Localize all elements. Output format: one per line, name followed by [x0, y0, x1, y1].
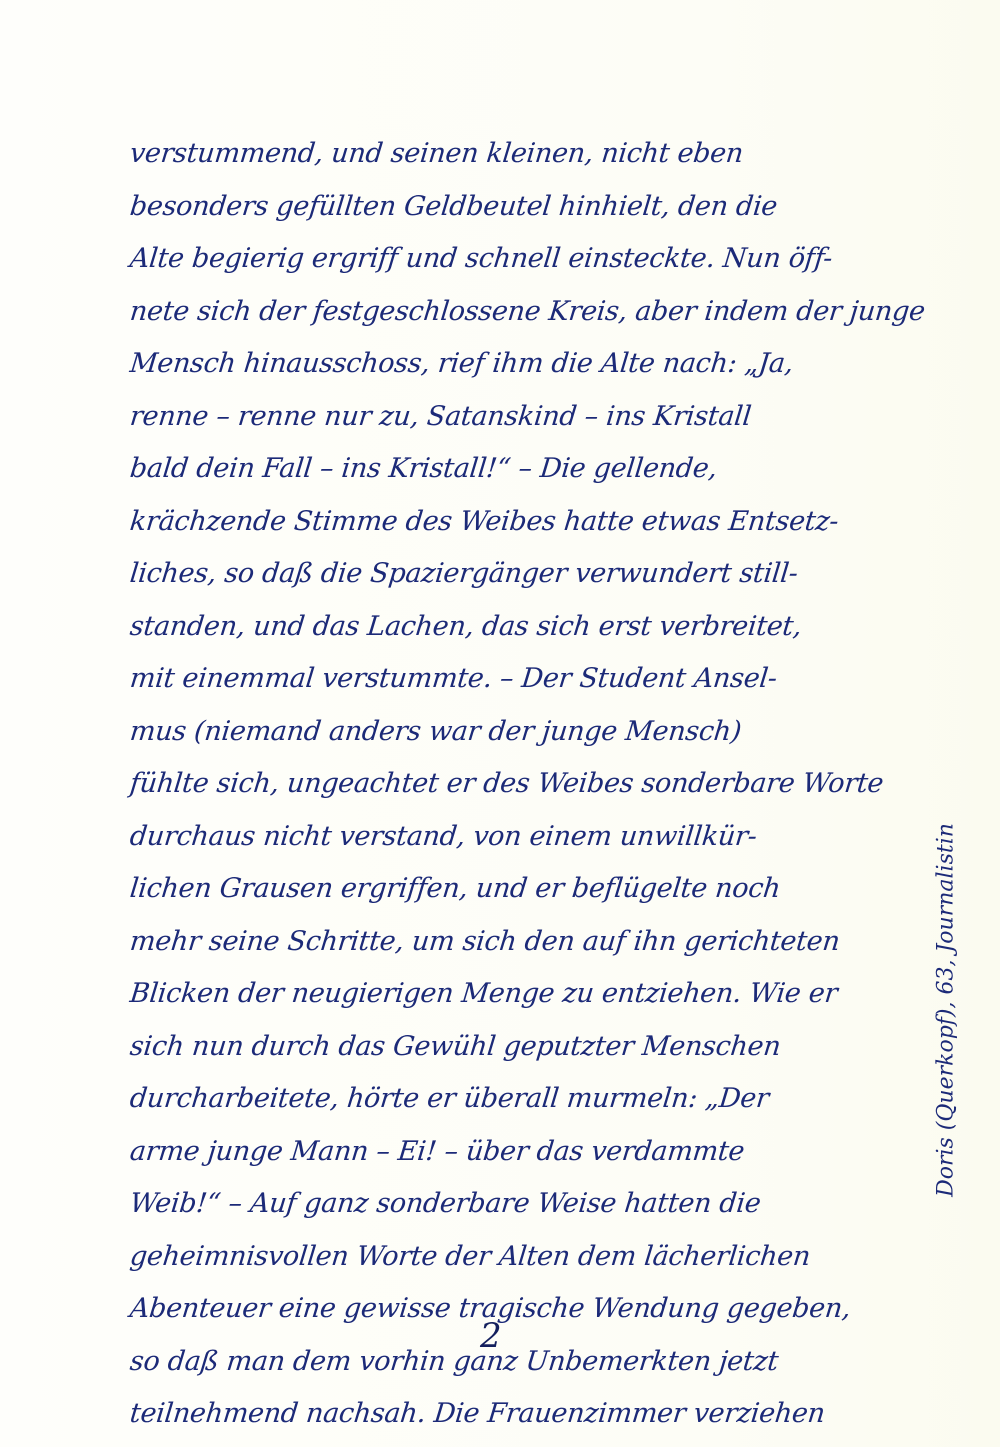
text-line: mus (niemand anders war der junge Mensch… — [127, 706, 893, 759]
author-side-note: Doris (Querkopf), 63, Journalistin — [934, 823, 959, 1197]
manuscript-page: verstummend, und seinen kleinen, nicht e… — [0, 0, 1000, 1447]
text-line: liches, so daß die Spaziergänger verwund… — [127, 548, 893, 601]
text-line: Blicken der neugierigen Menge zu entzieh… — [127, 968, 893, 1021]
text-line: Weib!“ – Auf ganz sonderbare Weise hatte… — [127, 1178, 893, 1231]
text-line: besonders gefüllten Geldbeutel hinhielt,… — [127, 181, 893, 234]
text-line: geheimnisvollen Worte der Alten dem läch… — [127, 1231, 893, 1284]
text-line: durchaus nicht verstand, von einem unwil… — [127, 811, 893, 864]
text-line: so daß man dem vorhin ganz Unbemerkten j… — [127, 1336, 893, 1389]
text-line: mit einemmal verstummte. – Der Student A… — [127, 653, 893, 706]
text-line: bald dein Fall – ins Kristall!“ – Die ge… — [127, 443, 893, 496]
text-line: durcharbeitete, hörte er überall murmeln… — [127, 1073, 893, 1126]
text-line: standen, und das Lachen, das sich erst v… — [127, 601, 893, 654]
text-line: mehr seine Schritte, um sich den auf ihn… — [127, 916, 893, 969]
text-line: lichen Grausen ergriffen, und er beflüge… — [127, 863, 893, 916]
text-line: sich nun durch das Gewühl geputzter Mens… — [127, 1021, 893, 1074]
text-line: Alte begierig ergriff und schnell einste… — [127, 233, 893, 286]
text-line: Abenteuer eine gewisse tragische Wendung… — [127, 1283, 893, 1336]
text-line: teilnehmend nachsah. Die Frauenzimmer ve… — [127, 1388, 893, 1441]
text-line: verstummend, und seinen kleinen, nicht e… — [127, 128, 893, 181]
text-line: krächzende Stimme des Weibes hatte etwas… — [127, 496, 893, 549]
text-line: arme junge Mann – Ei! – über das verdamm… — [127, 1126, 893, 1179]
text-line: nete sich der festgeschlossene Kreis, ab… — [127, 286, 893, 339]
text-line: renne – renne nur zu, Satanskind – ins K… — [127, 391, 893, 444]
text-line: Mensch hinausschoss, rief ihm die Alte n… — [127, 338, 893, 391]
page-number: 2 — [480, 1316, 502, 1356]
text-line: fühlte sich, ungeachtet er des Weibes so… — [127, 758, 893, 811]
handwritten-text-block: verstummend, und seinen kleinen, nicht e… — [130, 128, 890, 1441]
